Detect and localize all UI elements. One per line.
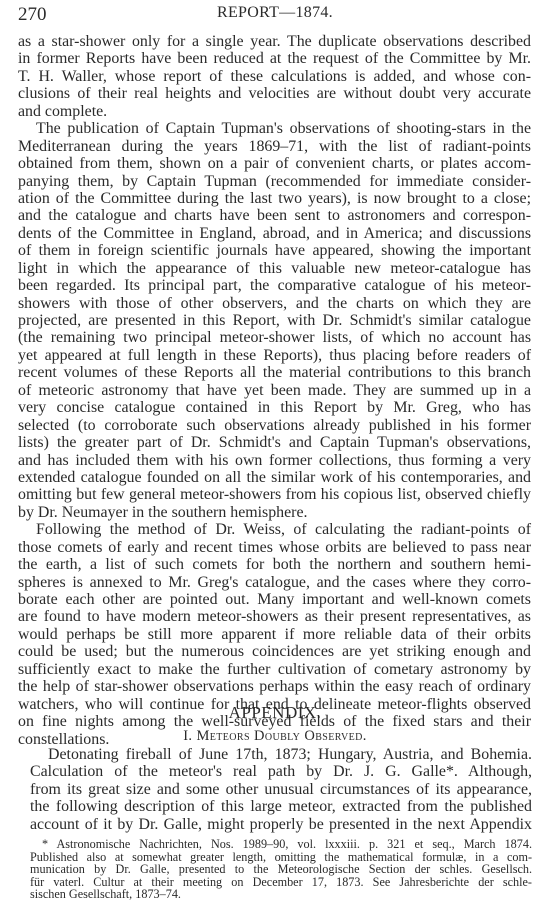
text-line: spheres is annexed to Mr. Greg's catalog… (18, 574, 531, 591)
text-line: the earth, a list of such comets for bot… (18, 556, 531, 573)
text-line: sufficiently exact to make the further c… (18, 661, 531, 678)
text-line: projected, are presented in this Report,… (18, 312, 531, 329)
text-line: (the remaining two principal meteor-show… (18, 329, 531, 346)
appendix-heading: APPENDIX. (0, 703, 550, 723)
text-line: borate each other are pointed out. Many … (18, 591, 531, 608)
text-line: Following the method of Dr. Weiss, of ca… (18, 521, 531, 538)
text-line: very concise catalogue contained in this… (18, 399, 531, 416)
text-line: clusions of their real heights and veloc… (18, 85, 531, 102)
text-line: dents of the Committee in England, abroa… (18, 225, 531, 242)
section-heading: I. Meteors Doubly Observed. (0, 728, 550, 745)
text-line: T. H. Waller, whose report of these calc… (18, 68, 531, 85)
text-line: and complete. (18, 103, 531, 120)
text-line: those comets of early and recent times w… (18, 539, 531, 556)
text-line: the help of star-shower observations per… (18, 678, 531, 695)
text-line: from its great size and some other unusu… (30, 781, 532, 798)
text-line: recent volumes of these Reports all the … (18, 364, 531, 381)
footnote-line: munication by Dr. Galle, presented to th… (30, 863, 532, 876)
text-line: Mediterranean during the years 1869–71, … (18, 138, 531, 155)
footnote-line: * Astronomische Nachrichten, Nos. 1989–9… (30, 838, 532, 851)
text-line: would perhaps be still more apparent if … (18, 626, 531, 643)
text-line: and has included them with his own forme… (18, 452, 531, 469)
text-line: been regarded. Its principal part, the c… (18, 277, 531, 294)
page-header: 270 REPORT—1874. (18, 4, 532, 26)
running-head: REPORT—1874. (18, 4, 532, 22)
body-text: as a star-shower only for a single year.… (18, 33, 531, 748)
text-line: account of it by Dr. Galle, might proper… (30, 816, 532, 833)
text-line: omitting but few general meteor-showers … (18, 486, 531, 503)
appendix-body: Detonating fireball of June 17th, 1873; … (30, 746, 532, 833)
text-line: of them in foreign scientific journals h… (18, 242, 531, 259)
text-line: Calculation of the meteor's real path by… (30, 763, 532, 780)
text-line: the following description of this large … (30, 798, 532, 815)
text-line: are found to have modern meteor-showers … (18, 608, 531, 625)
text-line: panying them, by Captain Tupman (recomme… (18, 173, 531, 190)
text-line: light in which the appearance of this va… (18, 260, 531, 277)
text-line: by Dr. Neumayer in the southern hemisphe… (18, 504, 531, 521)
text-line: selected (to corroborate such observatio… (18, 417, 531, 434)
text-line: in former Reports have been reduced at t… (18, 50, 531, 67)
text-line: lists) the greater part of Dr. Schmidt's… (18, 434, 531, 451)
text-line: obtained from them, shown on a pair of c… (18, 155, 531, 172)
text-line: ation of the Committee during the last t… (18, 190, 531, 207)
text-line: extended catalogue founded on all the si… (18, 469, 531, 486)
text-line: could be used; but the numerous coincide… (18, 643, 531, 660)
footnote-line: sischen Gesellschaft, 1873–74. (30, 888, 532, 901)
document-page: 270 REPORT—1874. as a star-shower only f… (0, 0, 550, 910)
text-line: and the catalogue and charts have been s… (18, 207, 531, 224)
text-line: showers with those of other observers, a… (18, 295, 531, 312)
text-line: The publication of Captain Tupman's obse… (18, 120, 531, 137)
text-line: Detonating fireball of June 17th, 1873; … (30, 746, 532, 763)
text-line: yet appeared at full length in these Rep… (18, 347, 531, 364)
text-line: as a star-shower only for a single year.… (18, 33, 531, 50)
footnote: * Astronomische Nachrichten, Nos. 1989–9… (30, 838, 532, 901)
text-line: of meteoric astronomy that have yet been… (18, 382, 531, 399)
